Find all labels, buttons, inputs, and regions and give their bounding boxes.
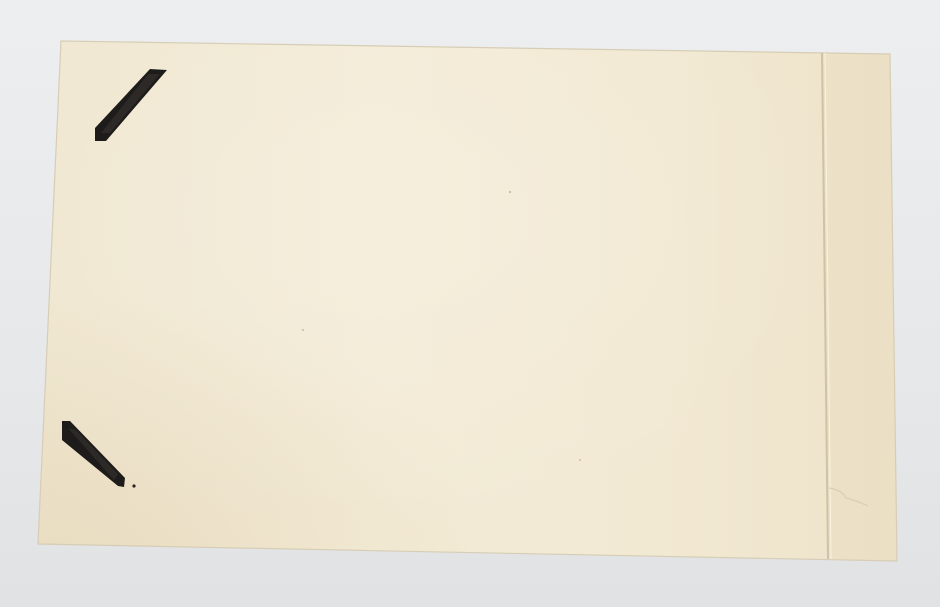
card-details — [0, 0, 940, 607]
card — [0, 0, 940, 607]
crease-mark — [829, 488, 868, 506]
fold-line — [822, 53, 828, 559]
card-outline — [38, 41, 897, 561]
